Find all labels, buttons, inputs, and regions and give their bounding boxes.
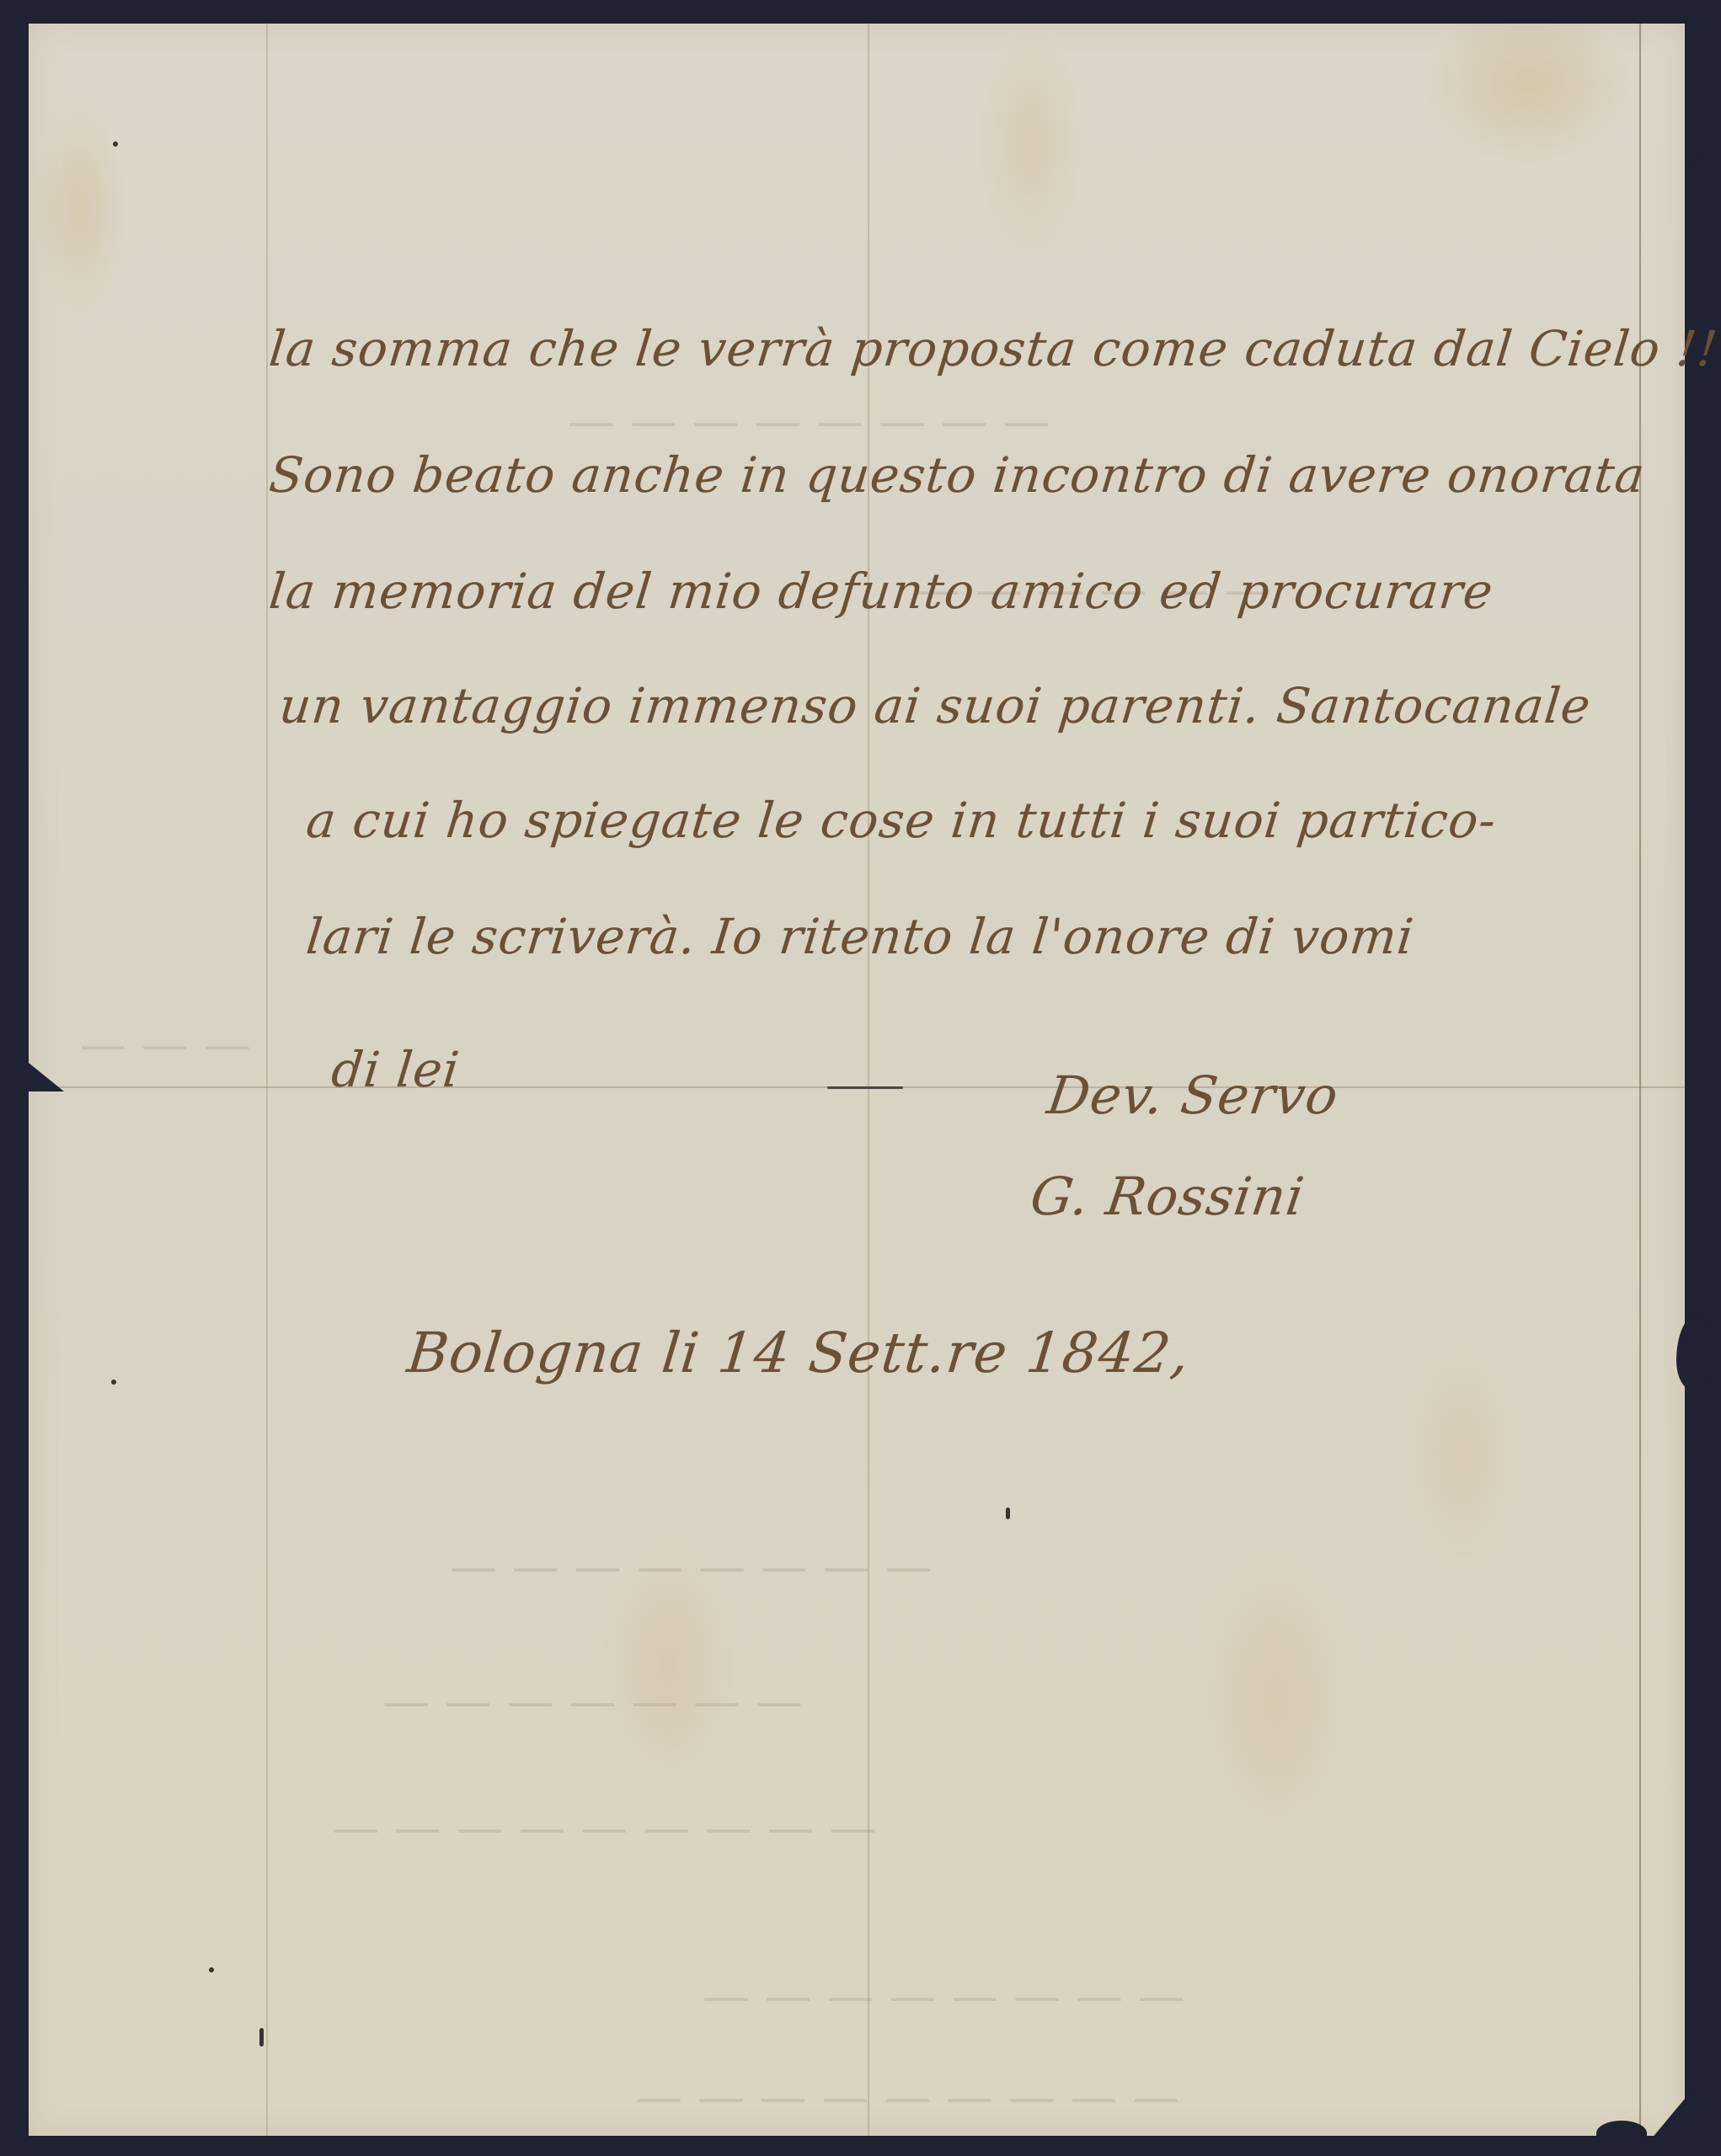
- bleed-through-text: — — — — — — — — —: [332, 1801, 876, 1855]
- letter-line-7: di lei: [329, 1041, 462, 1098]
- fold-line-vertical-left: [266, 24, 268, 2136]
- paper-speck: [1006, 1508, 1010, 1519]
- paper-speck: [113, 141, 118, 147]
- letter-line-6: lari le scriverà. Io ritento la l'onore …: [303, 908, 1416, 965]
- fold-tear-mark: [827, 1086, 903, 1089]
- letter-line-3: la memoria del mio defunto amico ed proc…: [266, 563, 1496, 620]
- bleed-through-text: — — — — — — —: [382, 1674, 803, 1729]
- document-scan: — — — — — — — — — — — — — — — — — — — — …: [0, 0, 1721, 2156]
- signature: G. Rossini: [1027, 1166, 1308, 1227]
- paper-speck: [259, 2028, 264, 2047]
- bleed-through-text: — — — — — — — —: [703, 1969, 1185, 2024]
- bleed-through-text: — — — — — — — —: [568, 394, 1050, 449]
- torn-edge-bottom: [1596, 2121, 1647, 2146]
- torn-edge-right-top: [1692, 173, 1707, 213]
- bleed-through-text: — — — — — — — — —: [635, 2070, 1179, 2125]
- paper-speck: [111, 1380, 116, 1385]
- closing-salutation: Dev. Servo: [1044, 1065, 1343, 1126]
- torn-edge-right: [1676, 1316, 1713, 1390]
- letter-line-4: un vantaggio immenso ai suoi parenti. Sa…: [276, 677, 1594, 734]
- letter-line-1: la somma che le verrà proposta come cadu…: [266, 320, 1720, 377]
- torn-edge-right-top: [1692, 264, 1707, 282]
- letter-line-2: Sono beato anche in questo incontro di a…: [266, 446, 1648, 504]
- dateline: Bologna li 14 Sett.re 1842,: [404, 1321, 1193, 1385]
- bleed-through-text: — — — — — — — —: [450, 1540, 933, 1594]
- paper-speck: [209, 1967, 214, 1972]
- bleed-through-text: — — —: [79, 1017, 251, 1072]
- letter-line-5: a cui ho spiegate le cose in tutti i suo…: [303, 792, 1499, 849]
- torn-edge-right-top: [1693, 157, 1705, 169]
- letter-paper: — — — — — — — — — — — — — — — — — — — — …: [29, 24, 1685, 2136]
